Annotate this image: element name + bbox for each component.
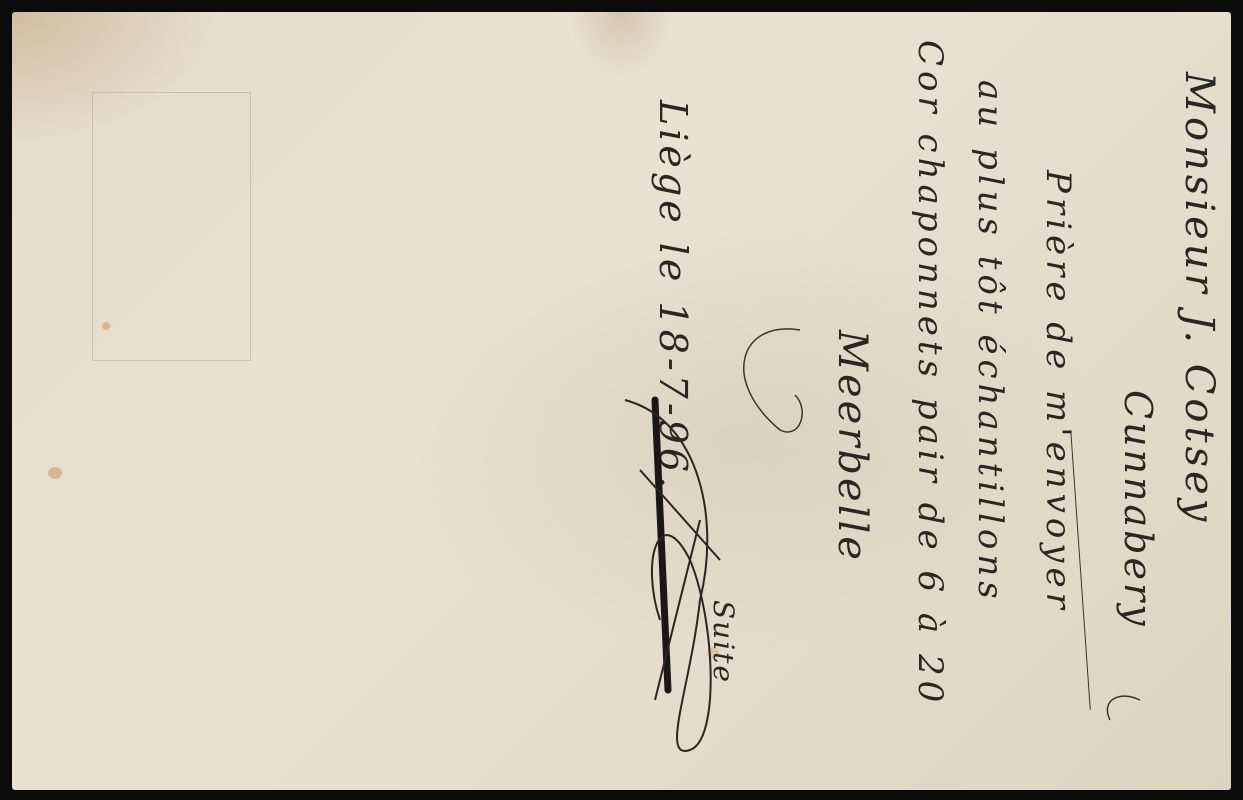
- signature-flourish-icon: [0, 0, 1243, 800]
